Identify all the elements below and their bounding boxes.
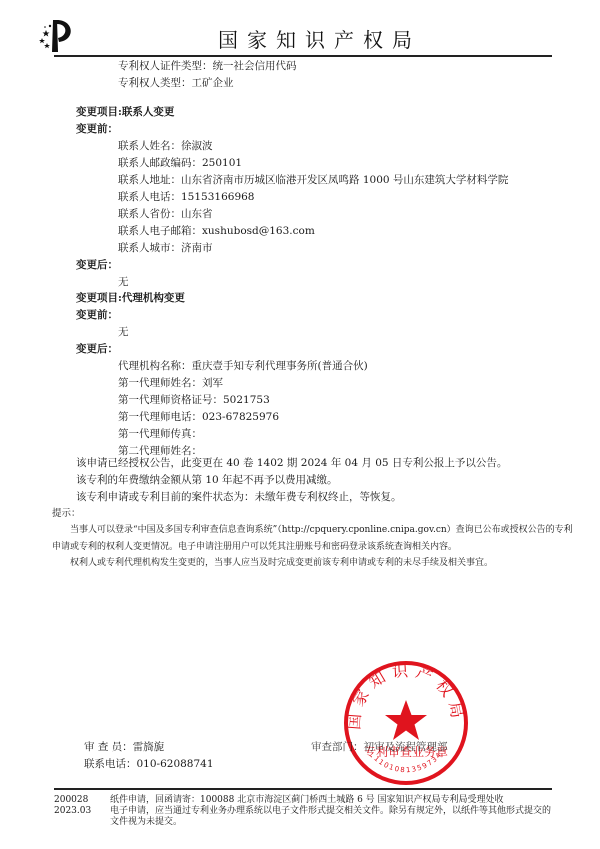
- footer-mail-address: 纸件申请，回函请寄：100088 北京市海淀区蓟门桥西土城路 6 号 国家知识产…: [110, 795, 504, 806]
- notice-status: 该专利申请或专利目前的案件状态为：未缴年费专利权终止，等恢复。: [76, 489, 402, 507]
- contact-name: 联系人姓名：徐淑波: [118, 138, 213, 156]
- patentee-type: 专利权人类型：工矿企业: [118, 75, 234, 93]
- office-name: 国家知识产权局: [218, 24, 421, 53]
- examiner: 审 查 员：雷旖旎: [84, 739, 164, 757]
- form-version: 2023.03: [54, 806, 91, 817]
- after-none: 无: [118, 274, 129, 292]
- after-label: 变更后：: [76, 257, 118, 275]
- tips-para1-line1: 当事人可以登录“中国及多国专利审查信息查询系统”（http://cpquery.…: [70, 522, 560, 535]
- agent1-fax: 第一代理师传真：: [118, 426, 202, 444]
- before-label: 变更前：: [76, 121, 118, 139]
- change-item-contact: 变更项目:联系人变更: [76, 104, 174, 122]
- notice-publication: 该申请已经授权公告，此变更在 40 卷 1402 期 2024 年 04 月 0…: [76, 455, 507, 473]
- before-none: 无: [118, 324, 129, 342]
- official-seal: 国家知识产权局 专利审查业务章 1101081359734: [343, 660, 469, 786]
- tips-title: 提示：: [52, 505, 81, 519]
- contact-city: 联系人城市：济南市: [118, 240, 213, 258]
- tips-para1-line2: 申请或专利的权利人变更情况。电子申请注册用户可以凭其注册账号和密码登录该系统查询…: [52, 539, 457, 552]
- contact-province: 联系人省份：山东省: [118, 206, 213, 224]
- patentee-id-type: 专利权人证件类型：统一社会信用代码: [118, 58, 297, 76]
- contact-address: 联系人地址：山东省济南市历城区临港开发区凤鸣路 1000 号山东建筑大学材料学院: [118, 172, 508, 190]
- contact-phone-line: 联系电话：010-62088741: [84, 756, 214, 774]
- footer-e-filing-cont: 文件视为未提交。: [110, 817, 182, 828]
- contact-postcode: 联系人邮政编码：250101: [118, 155, 242, 173]
- before-label: 变更前：: [76, 307, 118, 325]
- footer-e-filing: 电子申请，应当通过专利业务办理系统以电子文件形式提交相关文件。除另有规定外，以纸…: [110, 806, 551, 817]
- cnipa-logo-icon: [36, 14, 82, 54]
- contact-phone: 联系人电话：15153166968: [118, 189, 255, 207]
- agency-name: 代理机构名称：重庆壹手知专利代理事务所(普通合伙): [118, 358, 368, 376]
- header-divider: [54, 55, 552, 57]
- form-code: 200028: [54, 795, 88, 806]
- footer-divider: [54, 788, 552, 790]
- agent1-name: 第一代理师姓名：刘军: [118, 375, 223, 393]
- notice-fee: 该专利的年费缴纳金额从第 10 年起不再予以费用减缴。: [76, 472, 338, 490]
- change-item-agency: 变更项目:代理机构变更: [76, 290, 185, 308]
- tips-para2: 权利人或专利代理机构发生变更的，当事人应当及时完成变更前该专利申请或专利的未尽手…: [70, 555, 493, 568]
- after-label: 变更后：: [76, 341, 118, 359]
- contact-email: 联系人电子邮箱：xushubosd@163.com: [118, 223, 315, 241]
- exam-department: 审查部门：初审及流程管理部: [311, 739, 448, 757]
- agent1-license: 第一代理师资格证号：5021753: [118, 392, 270, 410]
- agent1-phone: 第一代理师电话：023-67825976: [118, 409, 279, 427]
